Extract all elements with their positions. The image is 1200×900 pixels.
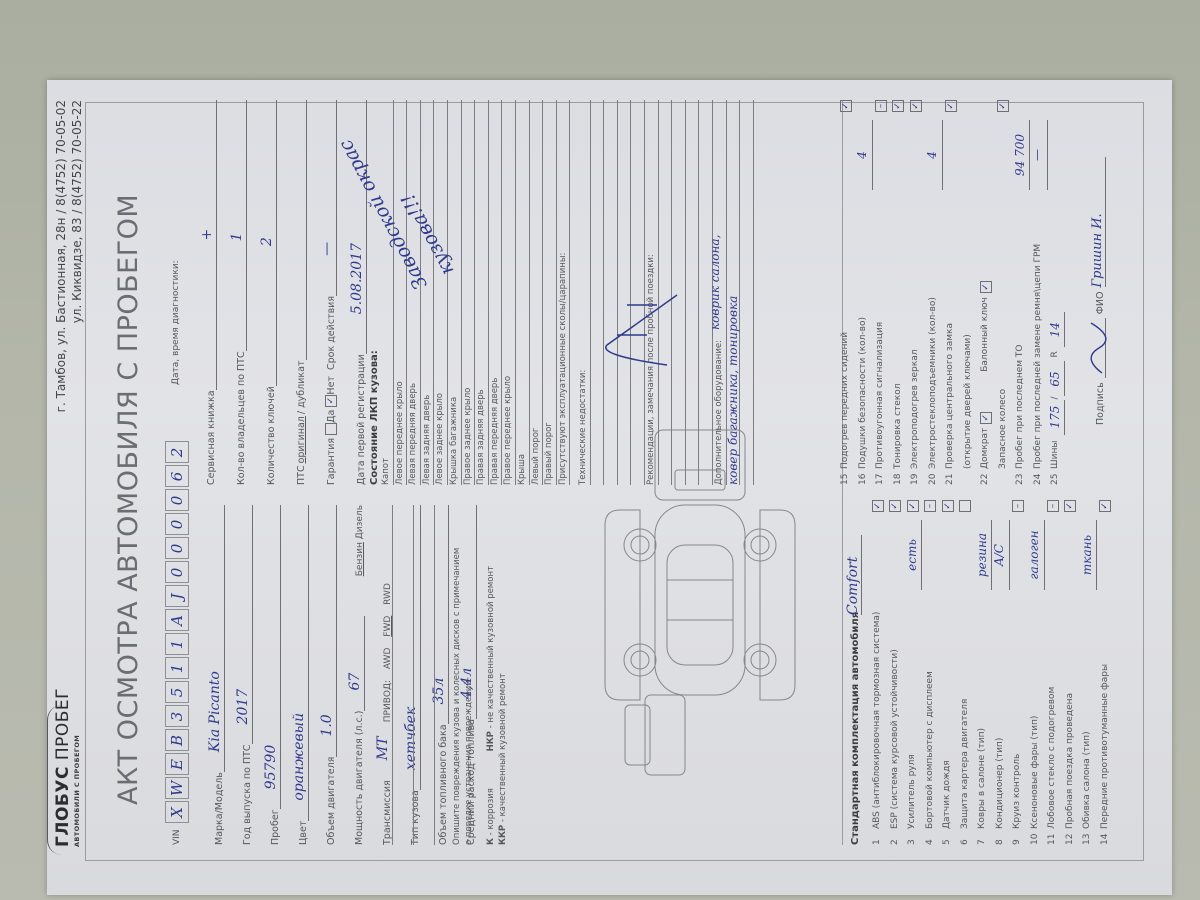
equipment-item: 13Обивка салона (тип)ткань [1079,500,1097,845]
fio-value[interactable]: Гришин И. [1090,158,1106,288]
vin-field: VIN XWEB3511AJ000062 [165,441,189,845]
first-registration-value[interactable]: 5.08.2017 [349,243,365,314]
vin-char-cell[interactable]: 0 [165,513,189,535]
damage-note-text-2: о порядке устранения повреждений [463,505,475,845]
equipment-item-label: (открытие дверей ключами) [960,334,978,469]
equipment-item: 2ESP (система курсовой устойчивости)✓ [887,500,905,845]
equipment-item-label: Ковры в салоне (тип) [974,728,992,829]
equipment-checkbox[interactable]: ✓ [1099,500,1111,512]
equipment-checkbox[interactable]: ✓ [872,500,884,512]
pts-row: ПТС оригинал / дубликат [287,100,307,485]
vin-char-cell[interactable]: E [165,753,189,775]
vin-char-cell[interactable]: 5 [165,681,189,703]
equipment-item-number: 14 [1097,829,1115,845]
equipment-item-number: 5 [939,829,957,845]
equipment-item: 3Усилитель руля✓есть [904,500,922,845]
equipment-value[interactable]: галоген [1026,520,1045,590]
equipment-value[interactable]: 4 [924,120,943,190]
equipment-item: 5Датчик дождя✓ [939,500,957,845]
equipment-item-label: Пробег при последней замене ремня\цепи Г… [1030,244,1048,469]
equipment-item: 18Тонировка стекол✓ [890,100,908,485]
warranty-label: Гарантия [326,438,337,485]
signature-field[interactable] [1087,318,1106,378]
equipment-item-number: 13 [1079,829,1097,845]
warranty-row: Гарантия Да ✓Нет Срок действия — [317,100,337,485]
equipment-item-label: Кондиционер (тип) [992,738,1010,829]
document-title: АКТ ОСМОТРА АВТОМОБИЛЯ С ПРОБЕГОМ [113,194,144,805]
equipment-item-number: 20 [925,469,943,485]
logo-subtitle: АВТОМОБИЛИ С ПРОБЕГОМ [73,688,81,847]
equipment-item-label: Подогрев передних сидений [837,332,855,469]
equipment-item: 11Лобовое стекло с подогревом– [1044,500,1062,845]
tire-w-value[interactable]: 175 [1047,400,1066,435]
equipment-item: Запасное колесо✓ [995,100,1013,485]
vin-char-cell[interactable]: 3 [165,705,189,727]
equipment-item-label: Пробег при последнем ТО [1012,345,1030,469]
equipment-item: (открытие дверей ключами) [960,100,978,485]
equipment-item: 22Домкрат✓Балонный ключ✓ [977,100,995,485]
equipment-checkbox[interactable]: ✓ [910,100,922,112]
equipment-item: 9Круиз контроль– [1009,500,1027,845]
pts-duplicate-option[interactable]: / дубликат [296,361,307,415]
pts-label: ПТС [296,465,307,485]
keys-value[interactable]: 2 [259,237,275,246]
signature-row: Подпись ФИО Гришин И. [1087,158,1106,426]
diagnostic-date-label: Дата, время диагностики: [171,260,181,385]
year-label: Год выпуска по ПТС [242,744,253,845]
equipment-value[interactable]: ткань [1079,520,1098,590]
keys-label: Количество ключей [266,386,277,485]
equipment-value[interactable]: A/C [991,520,1010,590]
car-front-view [625,695,685,775]
equipment-item-label: Домкрат [977,428,995,469]
equipment-item-number: 12 [1062,829,1080,845]
service-book-label: Сервисная книжка [206,390,217,485]
equipment-item-label: Ксеноновые фары (тип) [1027,716,1045,829]
equipment-item-number: 9 [1009,829,1027,845]
color-label: Цвет [298,821,309,845]
owners-row: Кол-во владельцев по ПТС 1 [227,100,247,485]
equipment-checkbox[interactable]: – [1012,500,1024,512]
vin-char-cell[interactable]: W [165,777,189,799]
equipment-item-number: 18 [890,469,908,485]
body-part-row[interactable]: Крыша [516,100,530,485]
equipment-item: 1ABS (антиблокировочная тормозная систем… [869,500,887,845]
equipment-item: 15Подогрев передних сидений✓ [837,100,855,485]
tire-p-value[interactable]: 65 [1047,361,1066,396]
wheel-wrench-label: Балонный ключ [977,297,995,372]
color-value[interactable]: оранжевый [291,713,307,801]
equipment-checkbox[interactable]: ✓ [907,500,919,512]
equipment-item-number: 1 [869,829,887,845]
equipment-checkbox[interactable]: ✓ [945,100,957,112]
equipment-value[interactable]: есть [904,520,923,590]
equipment-item: 24Пробег при последней замене ремня\цепи… [1030,100,1048,485]
equipment-title: Стандартная комплектация автомобиля [850,612,861,845]
signature-label: Подпись [1095,382,1106,425]
mileage-label: Пробег [270,809,281,845]
owners-label: Кол-во владельцев по ПТС [236,351,247,485]
equipment-checkbox[interactable]: – [875,100,887,112]
equipment-item-label: Подушки безопасности (кол-во) [855,317,873,469]
equipment-item: 6Защита картера двигателя [957,500,975,845]
vin-char-cell[interactable]: B [165,729,189,751]
body-part-row[interactable]: Левая задняя дверь [421,100,435,485]
legend-kkr: ККР [498,825,508,845]
first-registration-label: Дата первой регистрации [356,354,367,485]
vin-char-cell[interactable]: 6 [165,465,189,487]
equipment-item-number: 17 [872,469,890,485]
make-model-label: Марка/Модель [214,772,225,845]
equipment-item-number: 11 [1044,829,1062,845]
equipment-item: 19Электроподогрев зеркал✓ [907,100,925,485]
equipment-item-number: 24 [1030,469,1048,485]
equipment-checkbox[interactable]: ✓ [997,100,1009,112]
pts-original-option[interactable]: оригинал [296,416,307,463]
damage-note: Опишите повреждения кузова и колесных ди… [372,505,509,845]
equipment-checkbox[interactable]: ✓ [889,500,901,512]
body-part-row[interactable]: Правая задняя дверь [475,100,489,485]
extra-equipment-value-2[interactable]: ковер багажника, тонировка [727,100,741,485]
equipment-checkbox[interactable]: ✓ [942,500,954,512]
equipment-item-label: Усилитель руля [904,754,922,829]
equipment-item-label: Бортовой компьютер с дисплеем [922,671,940,829]
equipment-checkbox[interactable] [959,500,971,512]
equipment-checkbox[interactable]: ✓ [980,412,992,424]
mileage-row: Пробег95790 [261,505,281,845]
mileage-value[interactable]: 95790 [263,745,279,790]
body-condition-section: Состояние ЛКП кузова: КапотЛевое передне… [369,100,570,485]
make-model-row: Марка/МодельKia Picanto [205,505,225,845]
equipment-item-number: 8 [992,829,1010,845]
vin-char-cell[interactable]: 0 [165,489,189,511]
equipment-item: 17Противоугонная сигнализация– [872,100,890,485]
equipment-item: 14Передние противотуманные фары✓ [1097,500,1115,845]
equipment-item-number: 21 [942,469,960,485]
equipment-value[interactable]: 94 700 [1012,120,1031,190]
equipment-item-number: 7 [974,829,992,845]
equipment-item-number: 10 [1027,829,1045,845]
extra-equipment-label: Дополнительное оборудование: [714,340,724,485]
fuel-diesel-option[interactable]: Дизель [355,505,365,539]
warranty-term-value[interactable]: — [319,242,335,256]
body-part-row[interactable]: Правая передняя дверь [489,100,503,485]
body-part-row[interactable]: Крышка багажника [448,100,462,485]
vin-char-cell[interactable]: 2 [165,441,189,463]
company-address: г. Тамбов, ул. Бастионная, 28н / 8(4752)… [53,100,85,412]
equipment-item-label: Круиз контроль [1009,754,1027,829]
tire-r-value[interactable]: 14 [1047,312,1066,347]
equipment-item-number: 23 [1012,469,1030,485]
equipment-item: 20Электростеклоподъемники (кол-во)4 [925,100,943,485]
body-part-row[interactable]: Правое переднее крыло [502,100,516,485]
equipment-item-label: Передние противотуманные фары [1097,664,1115,829]
engine-power-row: Мощность двигателя (л.с.)67Бензин Дизель [345,505,365,845]
legend-nkr-text: - не качественный кузовной ремонт [486,566,496,731]
vin-char-cell[interactable]: 0 [165,537,189,559]
equipment-item-label: Тонировка стекол [890,384,908,470]
body-part-row[interactable]: Левый порог [530,100,544,485]
owners-value[interactable]: 1 [229,232,245,241]
equipment-item-label: Лобовое стекло с подогревом [1044,687,1062,829]
extra-equipment-value-1[interactable]: коврик салона, [709,235,722,330]
equipment-item: 25Шины175 / 65R14 [1047,100,1065,485]
dash-scribble-icon [587,265,697,385]
fio-label: ФИО [1095,292,1106,315]
fuel-options: Бензин Дизель [355,505,365,576]
engine-volume-value[interactable]: 1.0 [319,714,335,736]
tire-r-label: R [1047,351,1065,357]
equipment-item: 10Ксеноновые фары (тип)галоген [1027,500,1045,845]
vin-char-cell[interactable]: 1 [165,633,189,655]
warranty-no-label: Нет [326,376,337,395]
legend-k: К [486,838,496,845]
engine-power-value[interactable]: 67 [347,673,363,691]
service-book-value[interactable]: + [199,229,215,241]
vin-char-cell[interactable]: X [165,801,189,823]
vin-char-cell[interactable]: 0 [165,561,189,583]
equipment-value[interactable]: 4 [854,120,873,190]
equipment-checkbox[interactable]: ✓ [840,100,852,112]
wheel-wrench-checkbox[interactable]: ✓ [980,281,992,293]
tech-notes-section: Технические недостатки: Рекомендации, за… [577,100,754,485]
body-part-row[interactable]: Правое заднее крыло [462,100,476,485]
car-right-side [744,510,795,700]
equipment-item-label: Шины [1047,441,1065,469]
keys-row: Количество ключей 2 [257,100,277,485]
legend-k-text: - коррозия [486,788,496,838]
inspection-act-sheet: ГЛОБУС ПРОБЕГ АВТОМОБИЛИ С ПРОБЕГОМ г. Т… [47,80,1172,895]
equipment-item-label: Электроподогрев зеркал [907,350,925,469]
warranty-term-label: Срок действия [326,296,337,370]
equipment-value[interactable]: резина [974,520,993,590]
equipment-item: 21Проверка центрального замка✓ [942,100,960,485]
color-row: Цветоранжевый [289,505,309,845]
warranty-no-checkbox[interactable]: ✓ [325,395,337,407]
vin-char-cell[interactable]: 1 [165,657,189,679]
equipment-item-label: ESP (система курсовой устойчивости) [887,649,905,829]
address-line-2: ул. Киквидзе, 83 / 8(4752) 70-05-22 [69,100,85,412]
equipment-item: 4Бортовой компьютер с дисплеем– [922,500,940,845]
equipment-item-number: 3 [904,829,922,845]
vin-label: VIN [172,829,182,845]
vin-char-cell[interactable]: J [165,585,189,607]
damage-note-text: Опишите повреждения кузова и колесных ди… [451,505,463,845]
equipment-value[interactable]: — [1029,120,1048,190]
car-left-side [605,510,656,700]
vin-char-cell[interactable]: A [165,609,189,631]
equipment-item-label: Противоугонная сигнализация [872,322,890,469]
equipment-checkbox[interactable]: ✓ [1064,500,1076,512]
equipment-item-number: 16 [855,469,873,485]
equipment-item-label: Защита картера двигателя [957,699,975,829]
legend-nkr: НКР [486,731,496,751]
service-book-row: Сервисная книжка + [197,100,217,485]
equipment-item-label: Электростеклоподъемники (кол-во) [925,297,943,469]
tire-slash: / [1047,396,1065,399]
equipment-item-number: 22 [977,469,995,485]
company-logo: ГЛОБУС ПРОБЕГ АВТОМОБИЛИ С ПРОБЕГОМ [53,688,81,847]
equipment-trim[interactable]: Comfort [845,535,862,615]
equipment-item: 8Кондиционер (тип)A/C [992,500,1010,845]
car-top-view [655,505,745,695]
equipment-item-label: Обивка салона (тип) [1079,731,1097,829]
equipment-item-label: Запасное колесо [995,389,1013,469]
equipment-item-label: Датчик дождя [939,760,957,829]
warranty-yes-checkbox[interactable] [325,423,337,435]
engine-power-label: Мощность двигателя (л.с.) [354,711,365,845]
legend-kkr-text: - качественный кузовной ремонт [498,673,508,825]
equipment-item-label: Пробная поездка проведена [1062,693,1080,829]
year-value[interactable]: 2017 [235,689,251,725]
equipment-item: 16Подушки безопасности (кол-во)4 [855,100,873,485]
make-model-value[interactable]: Kia Picanto [207,671,223,752]
equipment-item-number: 2 [887,829,905,845]
equipment-checkbox[interactable]: – [1047,500,1059,512]
address-line-1: г. Тамбов, ул. Бастионная, 28н / 8(4752)… [53,100,69,412]
equipment-item-label: Проверка центрального замка [942,323,960,469]
equipment-item-number: 6 [957,829,975,845]
equipment-item-label: ABS (антиблокировочная тормозная система… [869,612,887,829]
equipment-checkbox[interactable]: – [924,500,936,512]
year-row: Год выпуска по ПТС2017 [233,505,253,845]
engine-volume-label: Объем двигателя [326,757,337,845]
equipment-item-number: 15 [837,469,855,485]
equipment-item-number: 4 [922,829,940,845]
engine-volume-row: Объем двигателя1.0 [317,505,337,845]
fuel-petrol-option[interactable]: Бензин [355,542,365,576]
equipment-item-number: 19 [907,469,925,485]
equipment-item: 23Пробег при последнем ТО94 700 [1012,100,1030,485]
equipment-item: 12Пробная поездка проведена✓ [1062,500,1080,845]
equipment-checkbox[interactable]: ✓ [892,100,904,112]
warranty-yes-label: Да [326,410,337,423]
equipment-item-number: 25 [1047,469,1065,485]
body-part-row[interactable]: Левое заднее крыло [434,100,448,485]
equipment-item: 7Ковры в салоне (тип)резина [974,500,992,845]
